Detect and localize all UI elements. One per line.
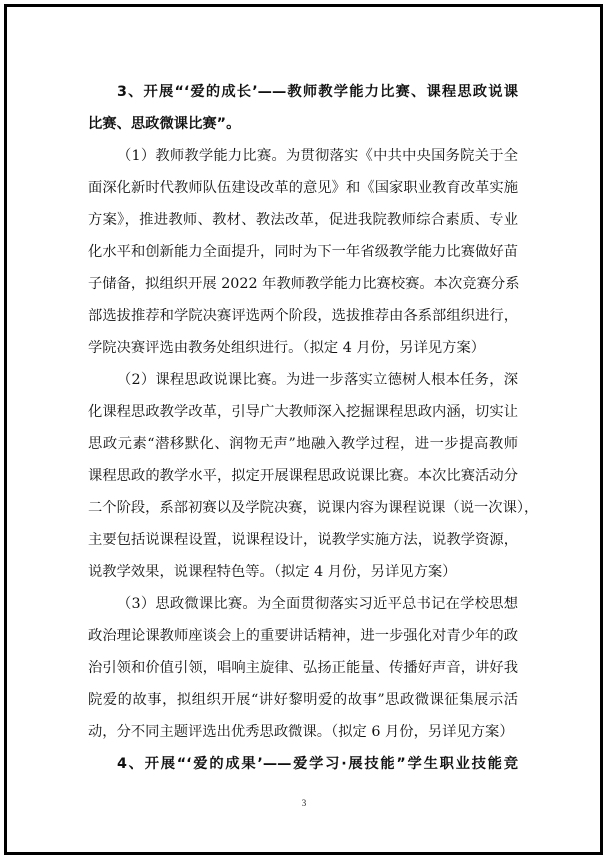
- paragraph-line: 化课程思政教学改革，引导广大教师深入挖掘课程思政内涵，切实让: [88, 396, 518, 428]
- paragraph-line: 治引领和价值引领，唱响主旋律、弘扬正能量、传播好声音，讲好我: [88, 652, 518, 684]
- heading-line: 比赛、思政微课比赛”。: [88, 108, 518, 140]
- paragraph-line: 二个阶段，系部初赛以及学院决赛，说课内容为课程说课（说一次课），: [88, 492, 518, 524]
- page-number: 3: [0, 798, 608, 808]
- paragraph-line: 学院决赛评选由教务处组织进行。（拟定 4 月份，另详见方案）: [88, 332, 518, 364]
- paragraph-line: 化水平和创新能力全面提升，同时为下一年省级教学能力比赛做好苗: [88, 236, 518, 268]
- paragraph-line: 子储备，拟组织开展 2022 年教师教学能力比赛校赛。本次竞赛分系: [88, 268, 518, 300]
- paragraph-ideological-lecture-contest: （2）课程思政说课比赛。为进一步落实立德树人根本任务，深 化课程思政教学改革，引…: [88, 364, 518, 588]
- paragraph-line: 动，分不同主题评选出优秀思政微课。（拟定 6 月份，另详见方案）: [88, 716, 518, 748]
- heading-line: 3、开展“‘爱的成长’——教师教学能力比赛、课程思政说课: [88, 76, 518, 108]
- paragraph-line: 说教学效果，说课程特色等。（拟定 4 月份，另详见方案）: [88, 556, 518, 588]
- paragraph-line: （2）课程思政说课比赛。为进一步落实立德树人根本任务，深: [88, 364, 518, 396]
- paragraph-teaching-ability-contest: （1）教师教学能力比赛。为贯彻落实《中共中央国务院关于全 面深化新时代教师队伍建…: [88, 140, 518, 364]
- paragraph-line: 院爱的故事，拟组织开展“讲好黎明爱的故事”思政微课征集展示活: [88, 684, 518, 716]
- paragraph-micro-course-contest: （3）思政微课比赛。为全面贯彻落实习近平总书记在学校思想 政治理论课教师座谈会上…: [88, 588, 518, 748]
- paragraph-line: 部选拔推荐和学院决赛评选两个阶段，选拔推荐由各系部组织进行，: [88, 300, 518, 332]
- section-heading-4: 4、开展“‘爱的成果’——爱学习·展技能”学生职业技能竞: [88, 748, 518, 780]
- paragraph-line: 主要包括说课程设置，说课程设计，说教学实施方法，说教学资源，: [88, 524, 518, 556]
- paragraph-line: 课程思政的教学水平，拟定开展课程思政说课比赛。本次比赛活动分: [88, 460, 518, 492]
- paragraph-line: （1）教师教学能力比赛。为贯彻落实《中共中央国务院关于全: [88, 140, 518, 172]
- paragraph-line: （3）思政微课比赛。为全面贯彻落实习近平总书记在学校思想: [88, 588, 518, 620]
- paragraph-line: 思政元素“潜移默化、润物无声”地融入教学过程，进一步提高教师: [88, 428, 518, 460]
- paragraph-line: 政治理论课教师座谈会上的重要讲话精神，进一步强化对青少年的政: [88, 620, 518, 652]
- paragraph-line: 方案》，推进教师、教材、教法改革，促进我院教师综合素质、专业: [88, 204, 518, 236]
- document-body: 3、开展“‘爱的成长’——教师教学能力比赛、课程思政说课 比赛、思政微课比赛”。…: [88, 76, 518, 780]
- section-heading-3: 3、开展“‘爱的成长’——教师教学能力比赛、课程思政说课 比赛、思政微课比赛”。: [88, 76, 518, 140]
- heading-line: 4、开展“‘爱的成果’——爱学习·展技能”学生职业技能竞: [88, 748, 518, 780]
- paragraph-line: 面深化新时代教师队伍建设改革的意见》和《国家职业教育改革实施: [88, 172, 518, 204]
